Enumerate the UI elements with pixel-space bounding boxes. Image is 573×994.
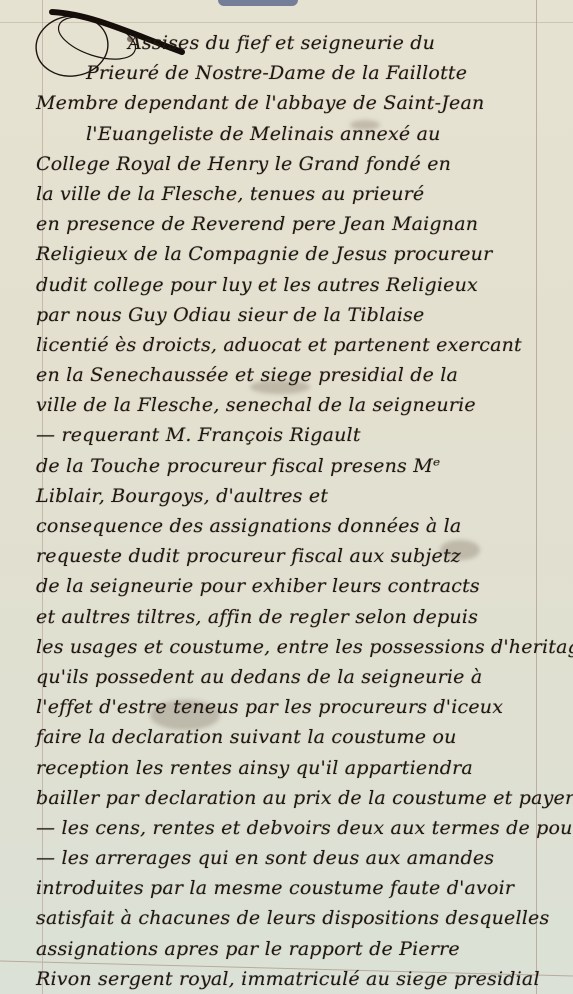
- text-line: Membre dependant de l'abbaye de Saint-Je…: [36, 88, 561, 118]
- text-line: — les cens, rentes et debvoirs deux aux …: [36, 813, 561, 843]
- text-line: la ville de la Flesche, tenues au prieur…: [36, 179, 561, 209]
- text-line: — les arrerages qui en sont deus aux ama…: [36, 843, 561, 873]
- text-line: de la seigneurie pour exhiber leurs cont…: [36, 571, 561, 601]
- text-line: reception les rentes ainsy qu'il apparti…: [36, 753, 561, 783]
- text-line: et aultres tiltres, affin de regler selo…: [36, 602, 561, 632]
- text-line: requeste dudit procureur fiscal aux subj…: [36, 541, 561, 571]
- text-line: de la Touche procureur fiscal presens Mᵉ: [36, 451, 561, 481]
- text-line: licentié ès droicts, aduocat et partenen…: [36, 330, 561, 360]
- text-line: qu'ils possedent au dedans de la seigneu…: [36, 662, 561, 692]
- text-line: l'effet d'estre teneus par les procureur…: [36, 692, 561, 722]
- text-line: en presence de Reverend pere Jean Maigna…: [36, 209, 561, 239]
- text-line: satisfait à chacunes de leurs dispositio…: [36, 903, 561, 933]
- text-line: Religieux de la Compagnie de Jesus procu…: [36, 239, 561, 269]
- text-line: assignations apres par le rapport de Pie…: [36, 934, 561, 964]
- manuscript-page: Assises du fief et seigneurie du Prieuré…: [0, 0, 573, 994]
- text-line: Prieuré de Nostre-Dame de la Faillotte: [36, 58, 561, 88]
- text-line: College Royal de Henry le Grand fondé en: [36, 149, 561, 179]
- text-line: consequence des assignations données à l…: [36, 511, 561, 541]
- text-line: faire la declaration suivant la coustume…: [36, 722, 561, 752]
- text-line: les usages et coustume, entre les posses…: [36, 632, 561, 662]
- text-line: l'Euangeliste de Melinais annexé au: [36, 119, 561, 149]
- text-line: — requerant M. François Rigault: [36, 420, 561, 450]
- archive-stamp: [218, 0, 298, 6]
- text-line: introduites par la mesme coustume faute …: [36, 873, 561, 903]
- text-line: par nous Guy Odiau sieur de la Tiblaise: [36, 300, 561, 330]
- text-line: bailler par declaration au prix de la co…: [36, 783, 561, 813]
- text-line: Assises du fief et seigneurie du: [36, 28, 561, 58]
- text-line: en la Senechaussée et siege presidial de…: [36, 360, 561, 390]
- text-line: Rivon sergent royal, immatriculé au sieg…: [36, 964, 561, 994]
- text-line: dudit college pour luy et les autres Rel…: [36, 270, 561, 300]
- manuscript-text: Assises du fief et seigneurie du Prieuré…: [36, 28, 561, 994]
- text-line: ville de la Flesche, senechal de la seig…: [36, 390, 561, 420]
- text-line: Liblair, Bourgoys, d'aultres et: [36, 481, 561, 511]
